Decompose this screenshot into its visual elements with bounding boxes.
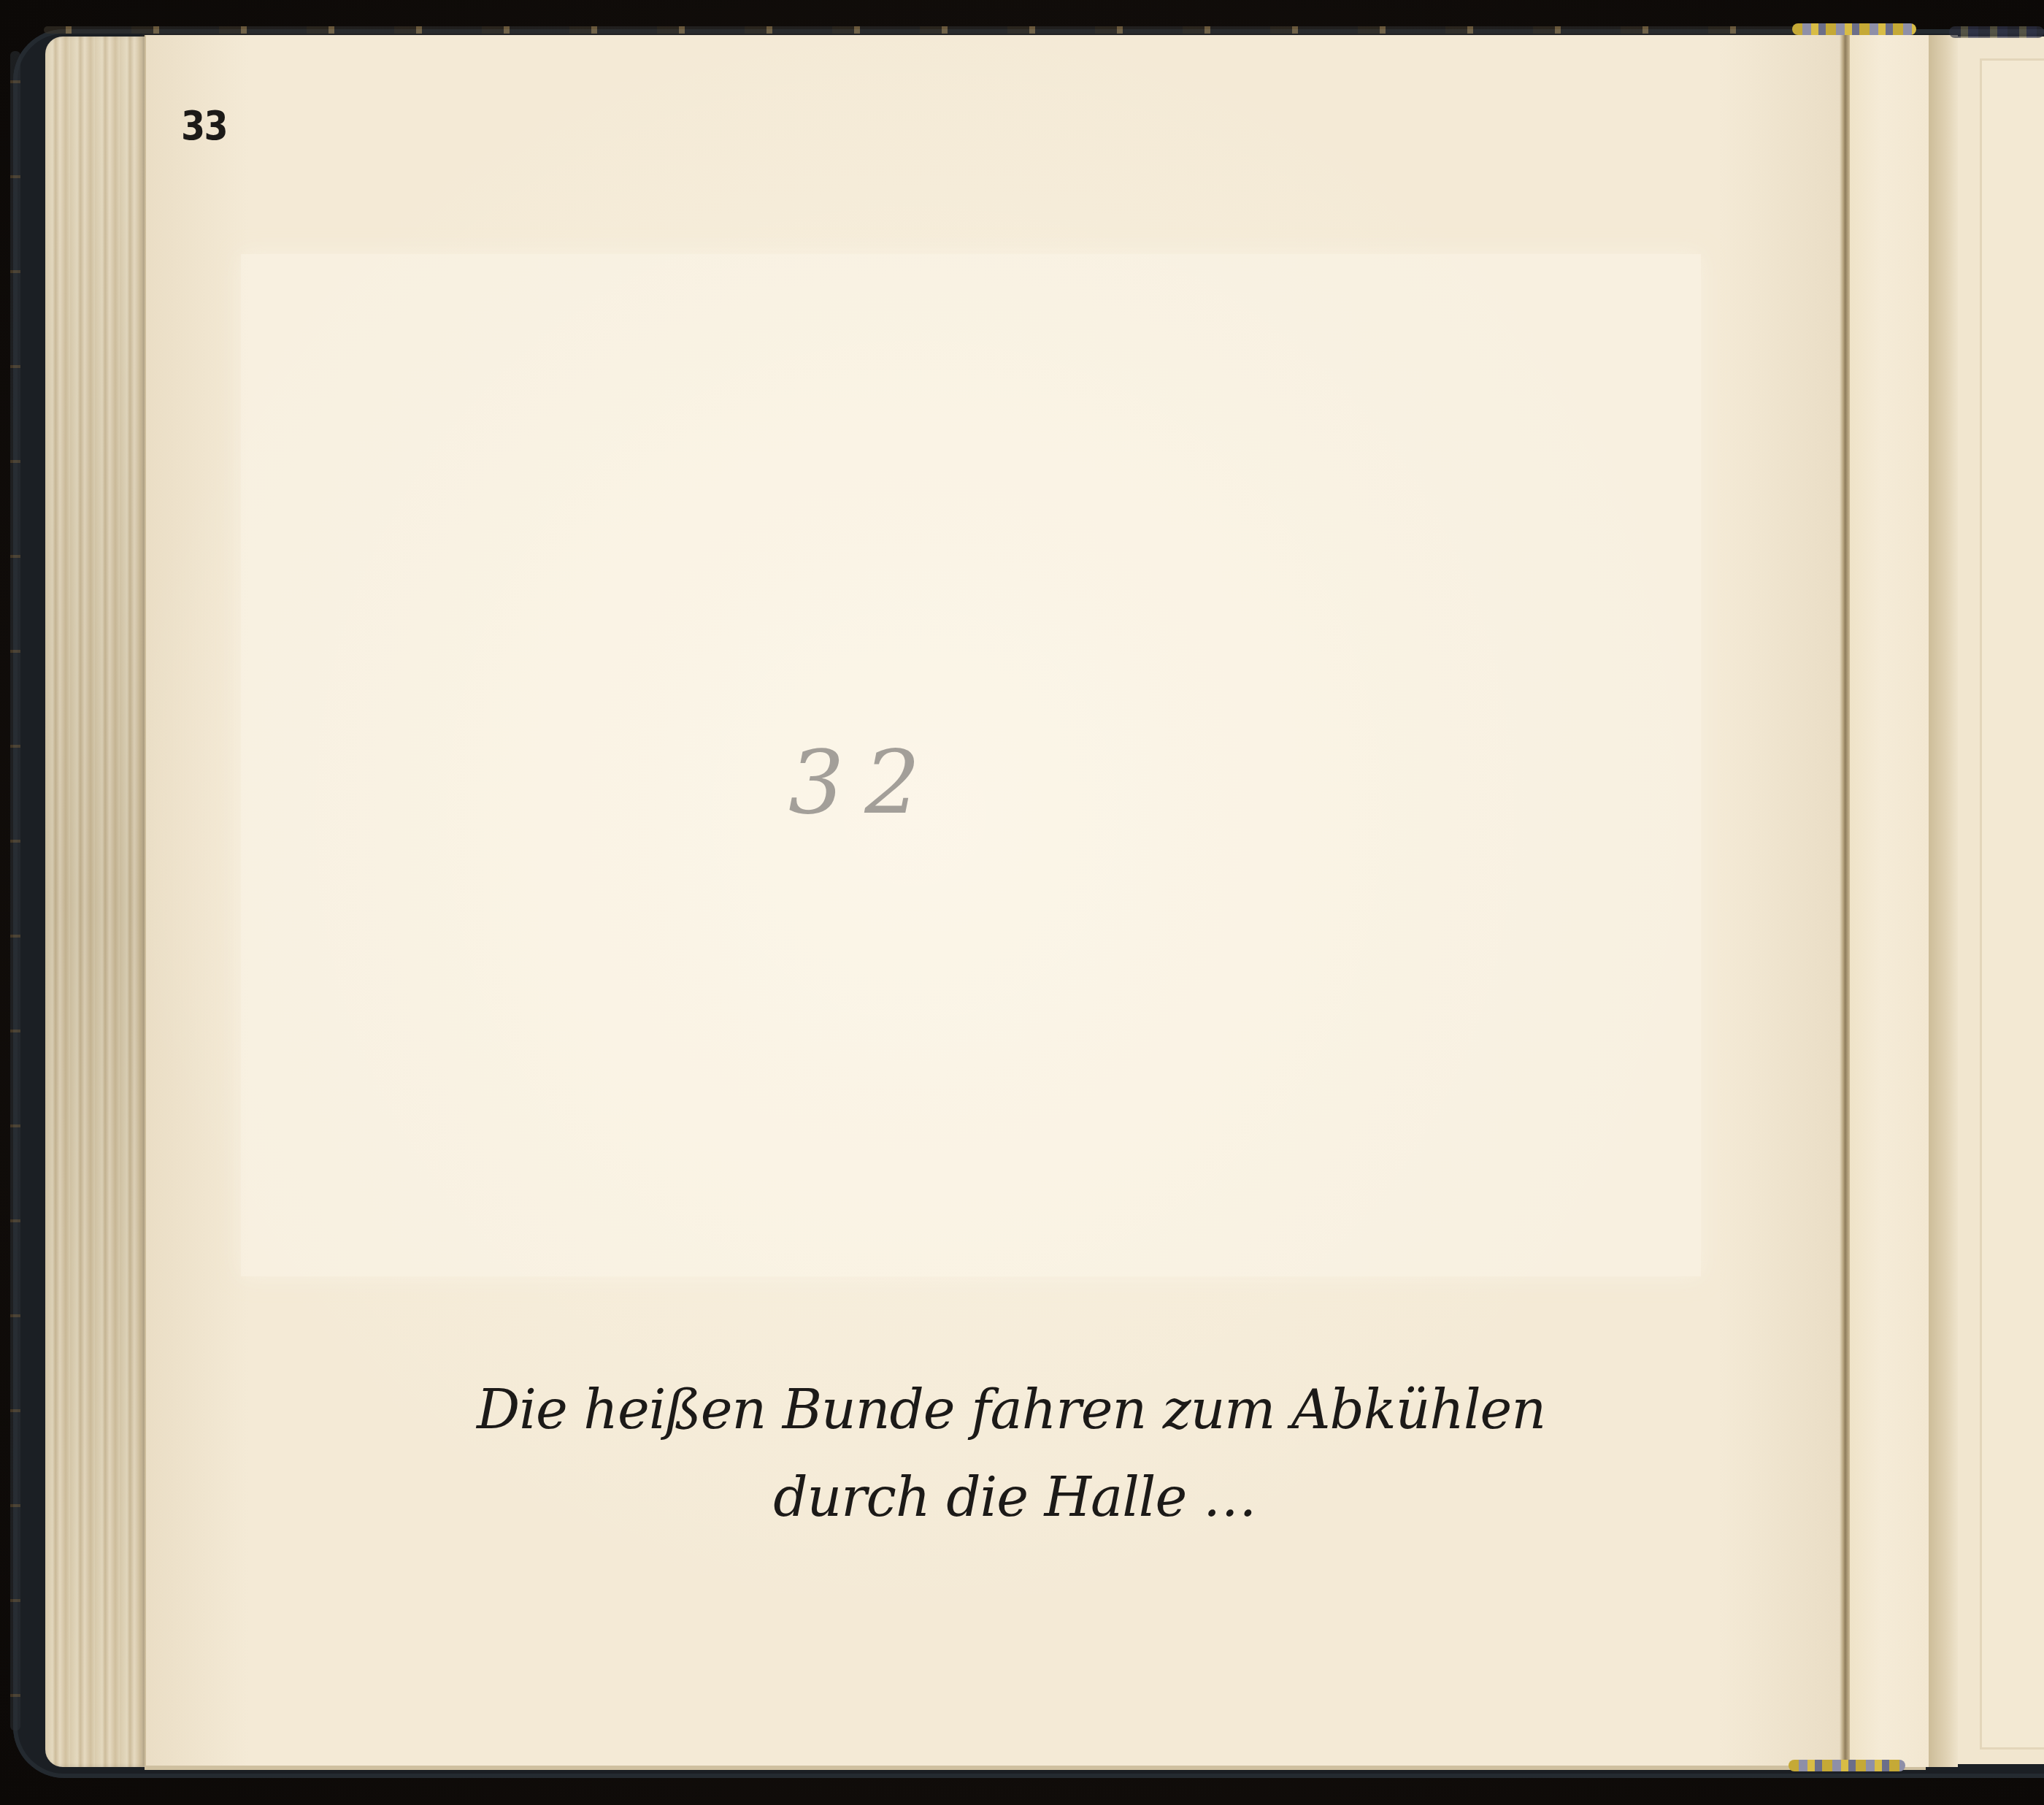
removed-photo-mount-area bbox=[241, 254, 1701, 1276]
caption-line-1: Die heißen Bunde fahren zum Abkühlen bbox=[146, 1379, 1854, 1441]
bookmark-ribbon-top bbox=[1792, 23, 1916, 35]
pencil-annotation: 32 bbox=[788, 732, 941, 834]
facing-page-frame bbox=[1980, 58, 2044, 1750]
binding-stub bbox=[1850, 35, 1930, 1767]
page-bottom-edge bbox=[145, 1766, 1926, 1770]
album-page: 33 32 Die heißen Bunde fahren zum Abkühl… bbox=[145, 35, 1854, 1767]
bookmark-ribbon-bottom bbox=[1788, 1760, 1905, 1771]
cover-top-wear bbox=[44, 26, 1796, 34]
caption-line-2: durch die Halle … bbox=[146, 1466, 1854, 1529]
gutter-crease bbox=[1840, 35, 1850, 1767]
gutter-shadow bbox=[1929, 35, 1958, 1767]
cover-edge-wear bbox=[10, 51, 20, 1731]
page-number: 33 bbox=[181, 102, 227, 150]
headband-ribbon bbox=[1949, 26, 2044, 38]
